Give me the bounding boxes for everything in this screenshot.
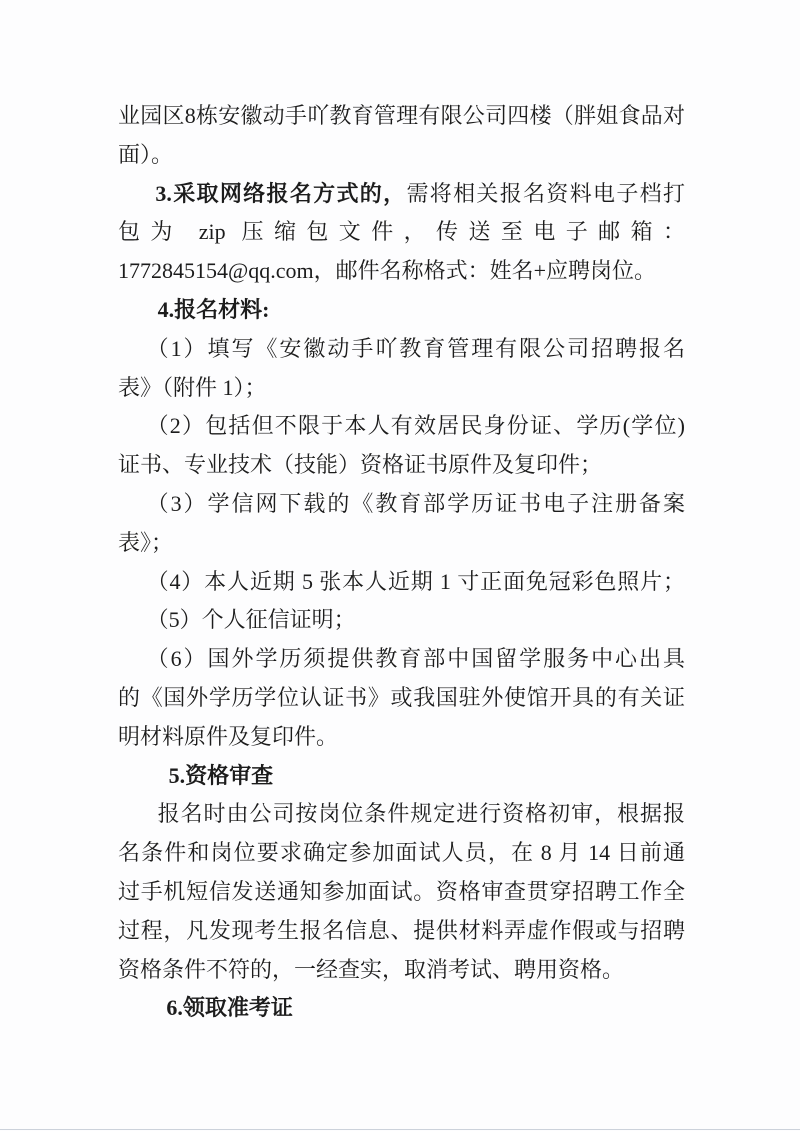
body-text: （1）填写《安徽动手吖教育管理有限公司招聘报名 [147, 336, 685, 361]
body-text: 表》； [118, 530, 173, 555]
document-line: 资格条件不符的，一经查实，取消考试、聘用资格。 [118, 951, 685, 990]
document-line: 的《国外学历学位认证书》或我国驻外使馆开具的有关证 [118, 679, 685, 718]
body-text: 业园区8栋安徽动手吖教育管理有限公司四楼（胖姐食品对 [118, 103, 685, 128]
document-line: （1）填写《安徽动手吖教育管理有限公司招聘报名 [118, 330, 685, 369]
document-body: 业园区8栋安徽动手吖教育管理有限公司四楼（胖姐食品对面）。3.采取网络报名方式的… [118, 97, 685, 1028]
document-line: 名条件和岗位要求确定参加面试人员，在 8 月 14 日前通 [118, 834, 685, 873]
heading-text: 6.领取准考证 [166, 995, 293, 1020]
document-line: 4.报名材料: [118, 291, 685, 330]
body-text: 面）。 [118, 142, 173, 167]
body-text: 过手机短信发送通知参加面试。资格审查贯穿招聘工作全 [118, 879, 685, 904]
document-line: 表》； [118, 524, 685, 563]
body-text: （4）本人近期 5 张本人近期 1 寸正面免冠彩色照片； [147, 569, 685, 594]
document-line: （4）本人近期 5 张本人近期 1 寸正面免冠彩色照片； [118, 563, 685, 602]
document-line: 明材料原件及复印件。 [118, 718, 685, 757]
heading-text: 4.报名材料: [158, 297, 270, 322]
body-text: 包为 zip 压缩包文件，传送至电子邮箱： [118, 219, 685, 244]
document-line: （6）国外学历须提供教育部中国留学服务中心出具 [118, 640, 685, 679]
body-text: 报名时由公司按岗位条件规定进行资格初审，根据报 [158, 801, 685, 826]
document-line: 业园区8栋安徽动手吖教育管理有限公司四楼（胖姐食品对 [118, 97, 685, 136]
document-line: 5.资格审查 [118, 757, 685, 796]
scanned-document-page: 业园区8栋安徽动手吖教育管理有限公司四楼（胖姐食品对面）。3.采取网络报名方式的… [0, 0, 800, 1131]
document-line: 证书、专业技术（技能）资格证书原件及复印件； [118, 446, 685, 485]
body-text: 需将相关报名资料电子档打 [406, 181, 685, 206]
body-text: （6）国外学历须提供教育部中国留学服务中心出具 [147, 646, 685, 671]
document-line: （2）包括但不限于本人有效居民身份证、学历(学位) [118, 407, 685, 446]
body-text: 名条件和岗位要求确定参加面试人员，在 8 月 14 日前通 [118, 840, 685, 865]
heading-text: 3.采取网络报名方式的， [155, 181, 406, 206]
document-line: 过手机短信发送通知参加面试。资格审查贯穿招聘工作全 [118, 873, 685, 912]
body-text: （2）包括但不限于本人有效居民身份证、学历(学位) [147, 413, 685, 438]
body-text: 1772845154@qq.com，邮件名称格式：姓名+应聘岗位。 [118, 258, 656, 283]
document-line: （3）学信网下载的《教育部学历证书电子注册备案 [118, 485, 685, 524]
document-line: 过程，凡发现考生报名信息、提供材料弄虚作假或与招聘 [118, 912, 685, 951]
scan-bottom-edge [0, 1129, 800, 1130]
body-text: 过程，凡发现考生报名信息、提供材料弄虚作假或与招聘 [118, 918, 685, 943]
body-text: （5）个人征信证明； [147, 607, 356, 632]
body-text: 的《国外学历学位认证书》或我国驻外使馆开具的有关证 [118, 685, 685, 710]
body-text: 证书、专业技术（技能）资格证书原件及复印件； [118, 452, 602, 477]
document-line: 包为 zip 压缩包文件，传送至电子邮箱： [118, 213, 685, 252]
document-line: 6.领取准考证 [118, 989, 685, 1028]
body-text: （3）学信网下载的《教育部学历证书电子注册备案 [147, 491, 685, 516]
body-text: 资格条件不符的，一经查实，取消考试、聘用资格。 [118, 957, 624, 982]
document-line: 面）。 [118, 136, 685, 175]
document-line: 3.采取网络报名方式的，需将相关报名资料电子档打 [118, 175, 685, 214]
body-text: 表》（附件 1）； [118, 375, 267, 400]
document-line: 报名时由公司按岗位条件规定进行资格初审，根据报 [118, 795, 685, 834]
document-line: 表》（附件 1）； [118, 369, 685, 408]
document-line: 1772845154@qq.com，邮件名称格式：姓名+应聘岗位。 [118, 252, 685, 291]
body-text: 明材料原件及复印件。 [118, 724, 338, 749]
document-line: （5）个人征信证明； [118, 601, 685, 640]
heading-text: 5.资格审查 [169, 763, 274, 788]
